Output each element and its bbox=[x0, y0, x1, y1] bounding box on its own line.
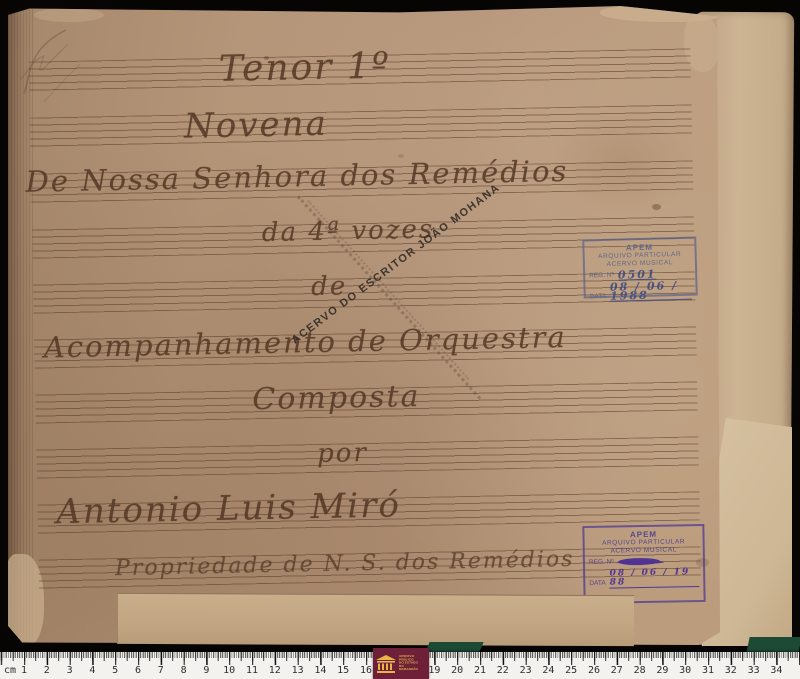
ruler-number: 33 bbox=[748, 665, 760, 676]
ruler-number: 15 bbox=[337, 665, 349, 676]
ruler-number: 30 bbox=[679, 665, 691, 676]
archive-stamp-lower: APEM ARQUIVO PARTICULAR ACERVO MUSICAL R… bbox=[582, 524, 705, 604]
ruler-number: 26 bbox=[588, 665, 600, 676]
ruler-number: 8 bbox=[181, 665, 187, 676]
ruler-number: 19 bbox=[428, 665, 440, 676]
ruler-number: 10 bbox=[223, 665, 235, 676]
ruler-number: 27 bbox=[611, 665, 623, 676]
stamp-date-value: 08 / 06 / 19 88 bbox=[609, 568, 699, 589]
ruler-number: 22 bbox=[497, 665, 509, 676]
stamp-reg-label: REG. Nº bbox=[589, 271, 614, 282]
ruler-number: 23 bbox=[520, 665, 532, 676]
green-mat-patch bbox=[746, 637, 800, 653]
ruler-number: 32 bbox=[725, 665, 737, 676]
ruler-number: 20 bbox=[451, 665, 463, 676]
ruler-number: 7 bbox=[158, 665, 164, 676]
ruler-number: 25 bbox=[565, 665, 577, 676]
ruler-number: 29 bbox=[656, 665, 668, 676]
stamp-reg-label: REG. Nº bbox=[589, 558, 614, 568]
ruler: cm 1234567891011121314151617181920212223… bbox=[0, 652, 800, 679]
ruler-number: 34 bbox=[770, 665, 782, 676]
page-edge-bottom-band bbox=[117, 593, 634, 646]
ruler-number: 9 bbox=[203, 665, 209, 676]
ruler-number: 1 bbox=[21, 665, 27, 676]
photo-background: Tenor 1º Novena De Nossa Senhora dos Rem… bbox=[0, 0, 800, 679]
title-voice-part: Tenor 1º bbox=[134, 44, 475, 92]
ruler-number: 3 bbox=[67, 665, 73, 676]
stamp-date-value: 08 / 06 / 1988 bbox=[610, 281, 692, 302]
ruler-number: 4 bbox=[89, 665, 95, 676]
archive-logo-text: ARQUIVO PÚBLICO DO ESTADO DO MARANHÃO bbox=[399, 655, 418, 671]
ruler-number: 16 bbox=[360, 665, 372, 676]
ruler-number: 5 bbox=[112, 665, 118, 676]
building-icon bbox=[375, 654, 397, 674]
ruler-number: 2 bbox=[44, 665, 50, 676]
ruler-number: 12 bbox=[269, 665, 281, 676]
ruler-number: 21 bbox=[474, 665, 486, 676]
title-work: Novena bbox=[86, 102, 427, 149]
title-connector-por: por bbox=[262, 437, 423, 470]
archive-logo: ARQUIVO PÚBLICO DO ESTADO DO MARANHÃO bbox=[373, 648, 429, 679]
ruler-number: 28 bbox=[634, 665, 646, 676]
ruler-unit-label: cm bbox=[4, 665, 16, 676]
ruler-number: 14 bbox=[314, 665, 326, 676]
logo-text-line: DO MARANHÃO bbox=[399, 665, 418, 672]
manuscript-cover: Tenor 1º Novena De Nossa Senhora dos Rem… bbox=[8, 6, 720, 645]
ruler-number: 31 bbox=[702, 665, 714, 676]
ruler-number: 13 bbox=[292, 665, 304, 676]
staff-lines-group bbox=[24, 0, 696, 13]
stamp-date-label: DATA bbox=[590, 292, 607, 302]
stamp-date-label: DATA bbox=[589, 579, 606, 589]
ruler-number: 6 bbox=[135, 665, 141, 676]
ruler-number: 24 bbox=[542, 665, 554, 676]
archive-stamp-upper: APEM ARQUIVO PARTICULAR ACERVO MUSICAL R… bbox=[582, 237, 698, 299]
title-composta: Composta bbox=[171, 377, 502, 419]
ink-scribble bbox=[618, 558, 660, 566]
ruler-number: 11 bbox=[246, 665, 258, 676]
